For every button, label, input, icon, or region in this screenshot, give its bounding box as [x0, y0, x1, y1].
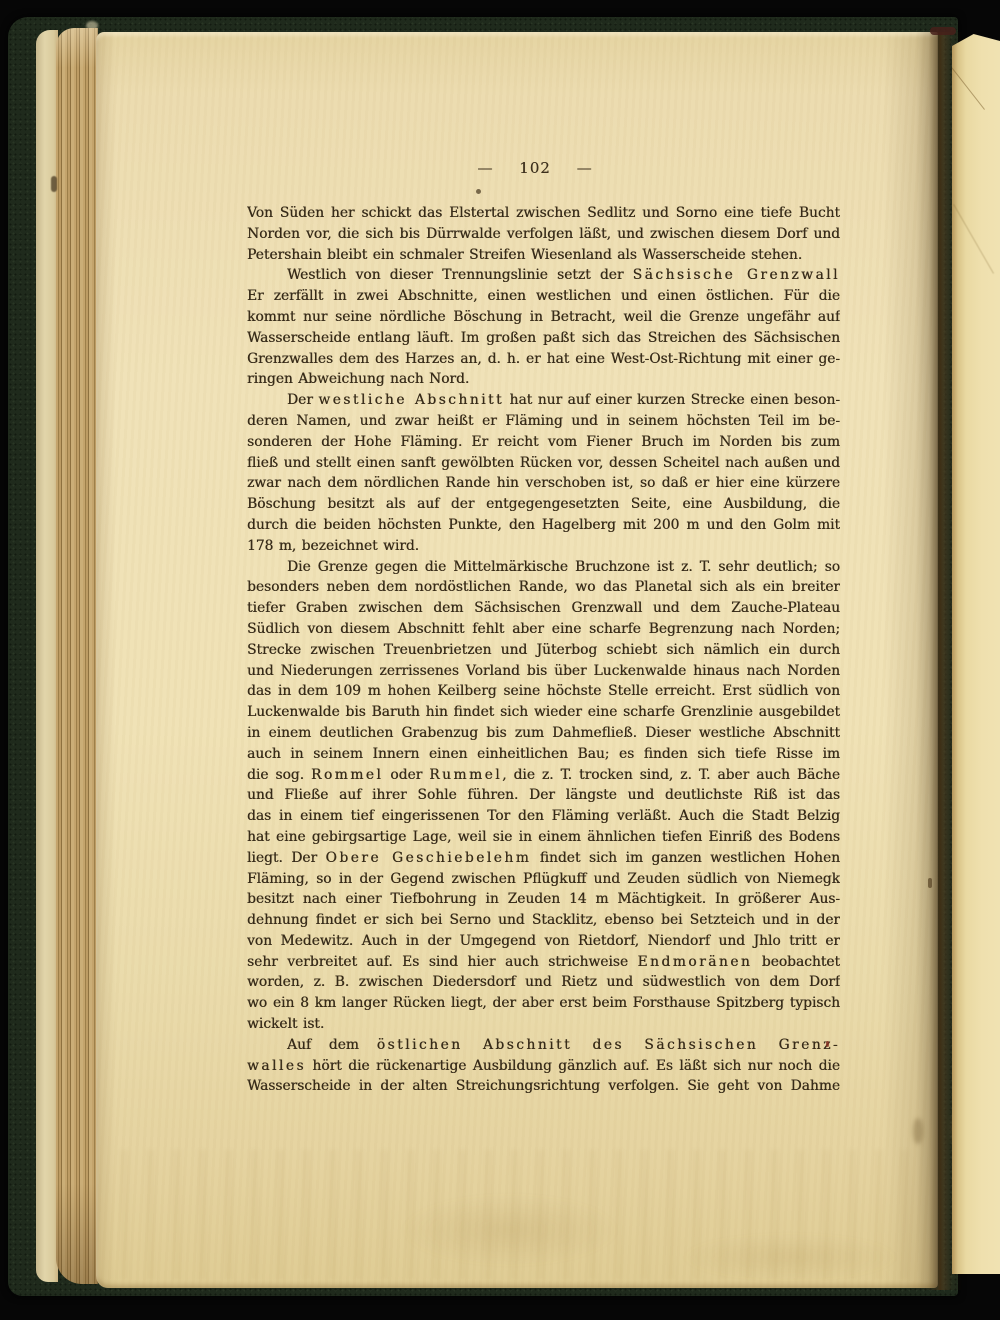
text-line: walles hört die rückenartige Ausbildung …: [247, 1056, 840, 1077]
text-line: zwar nach dem nördlichen Rande hin versc…: [247, 473, 840, 494]
text-line: und Niederungen zerrissenes Vorland bis …: [247, 661, 840, 682]
text-line: das in einem tief eingerissenen Tor den …: [247, 806, 840, 827]
page-crease: [947, 62, 985, 110]
text-segment: Wasserscheide entlang läuft. Im großen p…: [247, 330, 840, 346]
text-segment: und Fließe auf ihrer Sohle führen. Der l…: [247, 787, 840, 806]
text-line: von Medewitz. Auch in der Umgegend von R…: [247, 931, 840, 952]
text-segment: Die Grenze gegen die Mittelmärkische Bru…: [287, 559, 840, 575]
text-line: Böschung besitzt als auf der entgegenges…: [247, 494, 840, 515]
text-line: deren Namen, und zwar heißt er Fläming u…: [247, 411, 840, 432]
text-line: ringen Abweichung nach Nord.: [247, 369, 840, 390]
text-segment: durch die beiden höchsten Punkte, den Ha…: [247, 517, 840, 533]
text-line: auch in seinem Innern einen einheitliche…: [247, 744, 840, 765]
text-line: Grenzwalles dem des Harzes an, d. h. er …: [247, 349, 840, 370]
text-segment: findet sich im ganzen westlichen Hohen: [531, 850, 840, 866]
text-line: Auf dem östlichen Abschnitt des Sächsisc…: [247, 1035, 840, 1056]
paper-speck-red: [826, 1041, 829, 1047]
paper-stain: [680, 1235, 900, 1279]
text-segment: das in dem 109 m hohen Keilberg seine hö…: [247, 683, 840, 699]
text-segment: , die z. T. trocken sind, z. T. aber auc…: [502, 767, 840, 783]
text-segment: tiefer Graben zwischen dem Sächsischen G…: [247, 600, 840, 619]
text-segment: Strecke zwischen Treuenbrietzen und Jüte…: [247, 642, 840, 661]
letterspaced-text: Rummel: [429, 767, 502, 783]
spine-headband: [930, 27, 956, 35]
text-line: Westlich von dieser Trennungslinie setzt…: [247, 265, 840, 286]
text-segment: oder: [383, 767, 429, 783]
text-segment: in einem deutlichen Grabenzug bis zum Da…: [247, 725, 840, 744]
text-segment: Er zerfällt in zwei Abschnitte, einen we…: [247, 288, 840, 307]
text-segment: sehr verbreitet auf. Es sind hier auch s…: [247, 954, 638, 970]
text-segment: von Medewitz. Auch in der Umgegend von R…: [247, 933, 840, 949]
text-segment: wickelt ist.: [247, 1016, 324, 1032]
text-segment: Westlich von dieser Trennungslinie setzt…: [287, 267, 633, 283]
text-segment: liegt. Der: [247, 850, 326, 866]
text-line: durch die beiden höchsten Punkte, den Ha…: [247, 515, 840, 536]
text-line: tiefer Graben zwischen dem Sächsischen G…: [247, 598, 840, 619]
text-segment: Petershain bleibt ein schmaler Streifen …: [247, 247, 802, 263]
text-segment: beobachtet: [752, 954, 840, 970]
page-number: — 102 —: [247, 159, 823, 177]
text-segment: Wasserscheide in der alten Streichungsri…: [247, 1078, 840, 1097]
text-segment: das in einem tief eingerissenen Tor den …: [247, 808, 840, 824]
page-text: Von Süden her schickt das Elstertal zwis…: [247, 203, 840, 1097]
text-line: sonderen der Hohe Fläming. Er reicht vom…: [247, 432, 840, 453]
text-segment: hat eine gebirgsartige Lage, weil sie in…: [247, 829, 840, 845]
text-line: Wasserscheide in der alten Streichungsri…: [247, 1076, 840, 1097]
text-line: kommt nur seine nördliche Böschung in Be…: [247, 307, 840, 328]
text-segment: auch in seinem Innern einen einheitliche…: [247, 746, 840, 765]
text-line: Von Süden her schickt das Elstertal zwis…: [247, 203, 840, 224]
text-segment: besitzt nach einer Tiefbohrung in Zeuden…: [247, 891, 840, 907]
text-segment: Luckenwalde bis Baruth hin findet sich w…: [247, 704, 840, 720]
text-segment: Von Süden her schickt das Elstertal zwis…: [247, 205, 840, 224]
letterspaced-text: Sächsische Grenzwall: [633, 267, 840, 283]
letterspaced-text: westliche Abschnitt: [318, 392, 504, 408]
text-line: besitzt nach einer Tiefbohrung in Zeuden…: [247, 889, 840, 910]
letterspaced-text: Endmoränen: [638, 954, 753, 970]
text-segment: ringen Abweichung nach Nord.: [247, 371, 469, 387]
text-segment: hat nur auf einer kurzen Strecke einen b…: [504, 392, 840, 408]
text-segment: 178 m, bezeichnet wird.: [247, 538, 419, 554]
letterspaced-text: Rommel: [311, 767, 383, 783]
flyleaf-edge: [36, 30, 58, 1282]
text-line: Die Grenze gegen die Mittelmärkische Bru…: [247, 557, 840, 578]
text-segment: wo ein 8 km langer Rücken liegt, der abe…: [247, 995, 840, 1014]
text-line: Südlich von diesem Abschnitt fehlt aber …: [247, 619, 840, 640]
text-segment: Auf dem: [287, 1037, 377, 1053]
facing-page-sliver: [952, 34, 1000, 1274]
text-segment: fließ und stellt einen sanft gewölbten R…: [247, 455, 840, 471]
text-segment: Fläming, so in der Gegend zwischen Pflüg…: [247, 871, 840, 890]
paper-stain: [400, 1195, 620, 1265]
text-line: besonders neben dem nordöstlichen Rande,…: [247, 577, 840, 598]
text-line: sehr verbreitet auf. Es sind hier auch s…: [247, 952, 840, 973]
text-segment: sonderen der Hohe Fläming. Er reicht vom…: [247, 434, 840, 453]
text-segment: Grenzwalles dem des Harzes an, d. h. er …: [247, 351, 840, 367]
text-segment: kommt nur seine nördliche Böschung in Be…: [247, 309, 840, 328]
text-line: das in dem 109 m hohen Keilberg seine hö…: [247, 681, 840, 702]
text-line: Er zerfällt in zwei Abschnitte, einen we…: [247, 286, 840, 307]
paper-speck: [476, 189, 481, 194]
text-line: Norden vor, die sich bis Dürrwalde verfo…: [247, 224, 840, 245]
gutter-smudge: [913, 1118, 923, 1144]
text-line: dehnung findet er sich bei Serno und Sta…: [247, 910, 840, 931]
letterspaced-text: Obere Geschiebelehm: [326, 850, 532, 866]
book-photo: — 102 — Von Süden her schickt das Elster…: [0, 0, 1000, 1320]
text-segment: Norden vor, die sich bis Dürrwalde verfo…: [247, 226, 840, 242]
text-segment: Südlich von diesem Abschnitt fehlt aber …: [247, 621, 840, 640]
text-segment: besonders neben dem nordöstlichen Rande,…: [247, 579, 840, 598]
page-edge-stack: [56, 28, 98, 1284]
text-line: hat eine gebirgsartige Lage, weil sie in…: [247, 827, 840, 848]
text-line: und Fließe auf ihrer Sohle führen. Der l…: [247, 785, 840, 806]
text-line: wo ein 8 km langer Rücken liegt, der abe…: [247, 993, 840, 1014]
text-segment: deren Namen, und zwar heißt er Fläming u…: [247, 413, 840, 429]
page-crease: [953, 204, 994, 274]
page-edge-blemish: [51, 176, 57, 192]
text-line: die sog. Rommel oder Rummel, die z. T. t…: [247, 765, 840, 786]
text-line: fließ und stellt einen sanft gewölbten R…: [247, 453, 840, 474]
text-line: Fläming, so in der Gegend zwischen Pflüg…: [247, 869, 840, 890]
letterspaced-text: östlichen Abschnitt des Sächsischen Gren…: [377, 1037, 840, 1053]
page-number-dash-left: —: [477, 159, 493, 177]
text-segment: hört die rückenartige Ausbildung gänzlic…: [306, 1058, 840, 1074]
text-line: 178 m, bezeichnet wird.: [247, 536, 840, 557]
text-segment: Böschung besitzt als auf der entgegenges…: [247, 496, 840, 515]
text-line: Der westliche Abschnitt hat nur auf eine…: [247, 390, 840, 411]
text-segment: Der: [287, 392, 318, 408]
text-line: worden, z. B. zwischen Diedersdorf und R…: [247, 972, 840, 993]
text-segment: worden, z. B. zwischen Diedersdorf und R…: [247, 974, 840, 993]
text-line: Petershain bleibt ein schmaler Streifen …: [247, 245, 840, 266]
text-line: Luckenwalde bis Baruth hin findet sich w…: [247, 702, 840, 723]
text-segment: dehnung findet er sich bei Serno und Sta…: [247, 912, 840, 931]
text-line: liegt. Der Obere Geschiebelehm findet si…: [247, 848, 840, 869]
page-number-value: 102: [519, 159, 551, 177]
letterspaced-text: walles: [247, 1058, 306, 1074]
text-line: wickelt ist.: [247, 1014, 840, 1035]
text-segment: zwar nach dem nördlichen Rande hin versc…: [247, 475, 840, 491]
page-number-dash-right: —: [577, 159, 593, 177]
gutter-speck: [928, 878, 932, 888]
text-segment: und Niederungen zerrissenes Vorland bis …: [247, 663, 840, 682]
text-line: in einem deutlichen Grabenzug bis zum Da…: [247, 723, 840, 744]
text-line: Wasserscheide entlang läuft. Im großen p…: [247, 328, 840, 349]
text-segment: die sog.: [247, 767, 311, 783]
text-line: Strecke zwischen Treuenbrietzen und Jüte…: [247, 640, 840, 661]
